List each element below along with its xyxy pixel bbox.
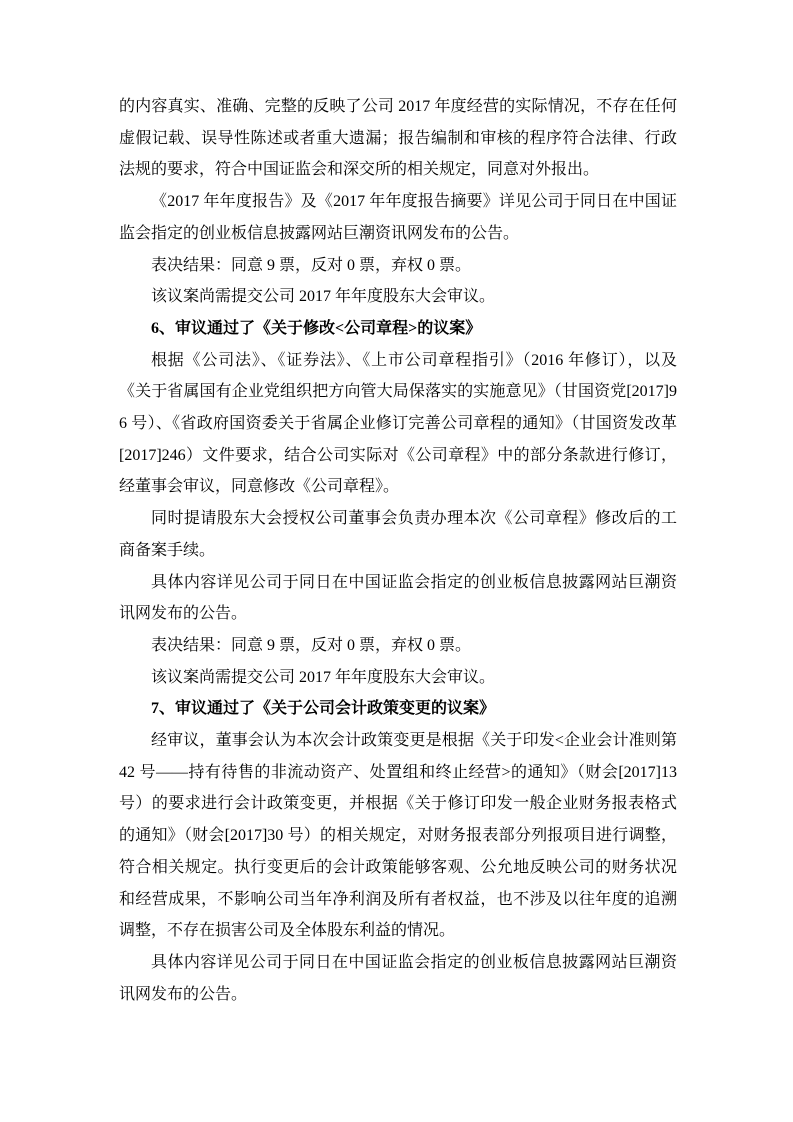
document-body: 的内容真实、准确、完整的反映了公司 2017 年度经营的实际情况，不存在任何虚假… — [119, 91, 677, 1010]
document-page: 的内容真实、准确、完整的反映了公司 2017 年度经营的实际情况，不存在任何虚假… — [0, 0, 793, 1122]
paragraph: 同时提请股东大会授权公司董事会负责办理本次《公司章程》修改后的工商备案手续。 — [119, 503, 677, 566]
paragraph: 该议案尚需提交公司 2017 年年度股东大会审议。 — [119, 281, 677, 313]
paragraph: 具体内容详见公司于同日在中国证监会指定的创业板信息披露网站巨潮资讯网发布的公告。 — [119, 567, 677, 630]
paragraph: 表决结果：同意 9 票，反对 0 票，弃权 0 票。 — [119, 630, 677, 662]
paragraph: 具体内容详见公司于同日在中国证监会指定的创业板信息披露网站巨潮资讯网发布的公告。 — [119, 947, 677, 1010]
paragraph: 经审议，董事会认为本次会计政策变更是根据《关于印发<企业会计准则第 42 号——… — [119, 725, 677, 947]
paragraph: 的内容真实、准确、完整的反映了公司 2017 年度经营的实际情况，不存在任何虚假… — [119, 91, 677, 186]
paragraph: 《2017 年年度报告》及《2017 年年度报告摘要》详见公司于同日在中国证监会… — [119, 186, 677, 249]
paragraph: 表决结果：同意 9 票，反对 0 票，弃权 0 票。 — [119, 250, 677, 282]
paragraph: 根据《公司法》、《证券法》、《上市公司章程指引》（2016 年修订），以及《关于… — [119, 345, 677, 504]
section-heading: 6、审议通过了《关于修改<公司章程>的议案》 — [119, 313, 677, 345]
section-heading: 7、审议通过了《关于公司会计政策变更的议案》 — [119, 693, 677, 725]
paragraph: 该议案尚需提交公司 2017 年年度股东大会审议。 — [119, 662, 677, 694]
